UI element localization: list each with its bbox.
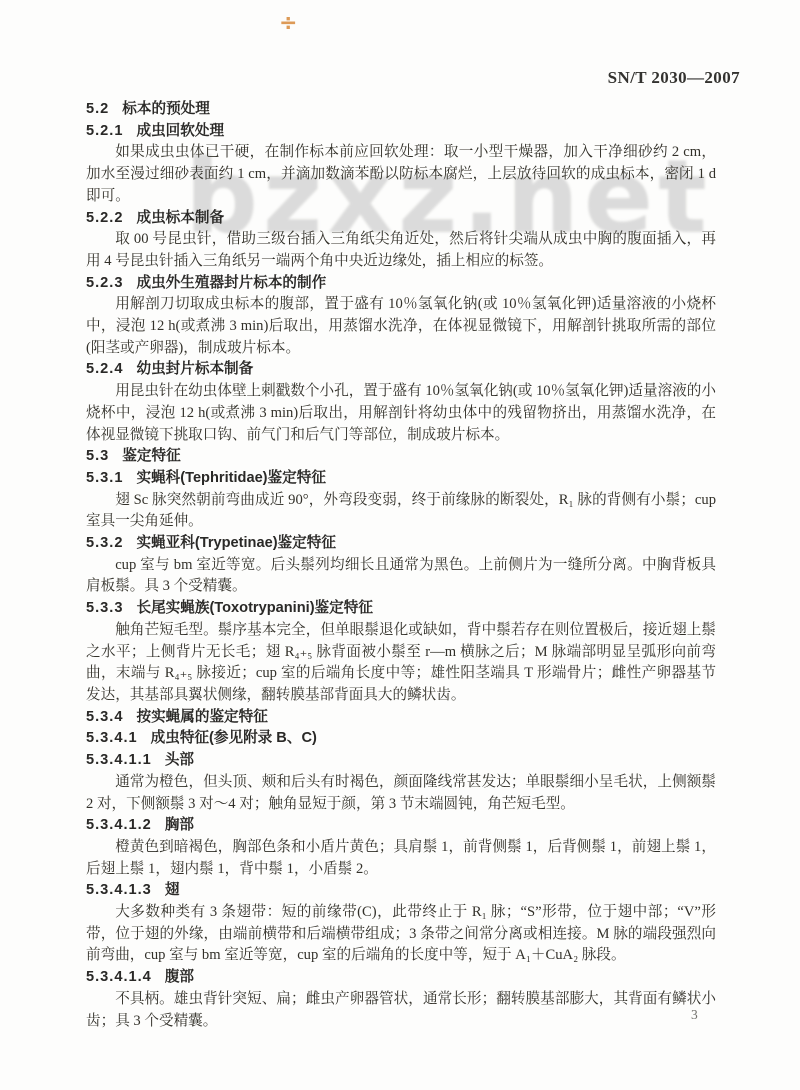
- section-number: 5.3.4.1.4: [86, 969, 152, 985]
- section-heading-5.3.4.1.3: 5.3.4.1.3翅: [86, 880, 716, 902]
- section-number: 5.3: [86, 448, 109, 464]
- section-heading-5.2.2: 5.2.2成虫标本制备: [86, 208, 716, 230]
- section-heading-5.3.4.1: 5.3.4.1成虫特征(参见附录 B、C): [86, 728, 716, 750]
- section-title: 长尾实蝇族(Toxotrypanini)鉴定特征: [136, 600, 372, 616]
- section-title: 实蝇科(Tephritidae)鉴定特征: [136, 470, 325, 486]
- section-title: 按实蝇属的鉴定特征: [136, 709, 267, 725]
- section-number: 5.2: [86, 101, 109, 117]
- section-number: 5.3.2: [86, 535, 123, 551]
- section-number: 5.3.4.1: [86, 730, 138, 746]
- section-number: 5.2.2: [86, 210, 123, 226]
- body-paragraph: 橙黄色到暗褐色，胸部色条和小盾片黄色；具肩鬃 1，前背侧鬃 1，后背侧鬃 1，前…: [86, 837, 716, 880]
- section-title: 成虫标本制备: [136, 210, 224, 226]
- standard-code-header: SN/T 2030—2007: [608, 68, 740, 88]
- section-heading-5.3.4.1.1: 5.3.4.1.1头部: [86, 750, 716, 772]
- document-content: 5.2标本的预处理5.2.1成虫回软处理如果成虫虫体已干硬，在制作标本前应回软处…: [86, 99, 716, 1032]
- body-paragraph: 不具柄。雄虫背针突短、扁；雌虫产卵器管状，通常长形；翻转膜基部膨大，其背面有鳞状…: [86, 989, 716, 1032]
- section-heading-5.3.1: 5.3.1实蝇科(Tephritidae)鉴定特征: [86, 468, 716, 490]
- section-title: 成虫特征(参见附录 B、C): [151, 730, 317, 746]
- section-heading-5.2: 5.2标本的预处理: [86, 99, 716, 121]
- section-number: 5.2.1: [86, 123, 123, 139]
- page-number: 3: [691, 1007, 698, 1023]
- section-title: 标本的预处理: [122, 101, 210, 117]
- section-heading-5.2.3: 5.2.3成虫外生殖器封片标本的制作: [86, 273, 716, 295]
- section-number: 5.2.3: [86, 275, 123, 291]
- section-heading-5.3.4.1.4: 5.3.4.1.4腹部: [86, 967, 716, 989]
- section-title: 鉴定特征: [122, 448, 180, 464]
- section-number: 5.3.3: [86, 600, 123, 616]
- section-heading-5.3.4.1.2: 5.3.4.1.2胸部: [86, 815, 716, 837]
- section-title: 成虫回软处理: [136, 123, 224, 139]
- section-title: 翅: [165, 882, 180, 898]
- section-heading-5.3: 5.3鉴定特征: [86, 446, 716, 468]
- body-paragraph: 通常为橙色，但头顶、颊和后头有时褐色，颜面隆线常甚发达；单眼鬃细小呈毛状，上侧额…: [86, 772, 716, 815]
- section-title: 实蝇亚科(Trypetinae)鉴定特征: [136, 535, 335, 551]
- section-number: 5.2.4: [86, 361, 123, 377]
- divider-mark-icon: ÷: [279, 11, 297, 36]
- section-heading-5.3.3: 5.3.3长尾实蝇族(Toxotrypanini)鉴定特征: [86, 598, 716, 620]
- body-paragraph: 如果成虫虫体已干硬，在制作标本前应回软处理：取一小型干燥器，加入干净细砂约 2 …: [86, 142, 716, 207]
- section-title: 头部: [165, 752, 194, 768]
- section-number: 5.3.4.1.2: [86, 817, 152, 833]
- section-number: 5.3.1: [86, 470, 123, 486]
- section-title: 胸部: [165, 817, 194, 833]
- section-heading-5.2.4: 5.2.4幼虫封片标本制备: [86, 359, 716, 381]
- body-paragraph: 用昆虫针在幼虫体壁上刺戳数个小孔，置于盛有 10％氢氧化钠(或 10％氢氧化钾)…: [86, 381, 716, 446]
- document-page: bzxz.net ÷ SN/T 2030—2007 5.2标本的预处理5.2.1…: [0, 0, 800, 1090]
- section-number: 5.3.4.1.3: [86, 882, 152, 898]
- section-number: 5.3.4.1.1: [86, 752, 152, 768]
- section-heading-5.3.4: 5.3.4按实蝇属的鉴定特征: [86, 707, 716, 729]
- body-paragraph: 大多数种类有 3 条翅带：短的前缘带(C)，此带终止于 R₁ 脉；“S”形带，位…: [86, 902, 716, 967]
- section-heading-5.3.2: 5.3.2实蝇亚科(Trypetinae)鉴定特征: [86, 533, 716, 555]
- body-paragraph: 触角芒短毛型。鬃序基本完全，但单眼鬃退化或缺如，背中鬃若存在则位置极后，接近翅上…: [86, 620, 716, 707]
- section-title: 腹部: [165, 969, 194, 985]
- section-heading-5.2.1: 5.2.1成虫回软处理: [86, 121, 716, 143]
- body-paragraph: cup 室与 bm 室近等宽。后头鬃列均细长且通常为黑色。上前侧片为一缝所分离。…: [86, 555, 716, 598]
- section-number: 5.3.4: [86, 709, 123, 725]
- body-paragraph: 取 00 号昆虫针，借助三级台插入三角纸尖角近处，然后将针尖端从成虫中胸的腹面插…: [86, 229, 716, 272]
- body-paragraph: 翅 Sc 脉突然朝前弯曲成近 90°，外弯段变弱，终于前缘脉的断裂处，R₁ 脉的…: [86, 490, 716, 533]
- section-title: 幼虫封片标本制备: [136, 361, 253, 377]
- body-paragraph: 用解剖刀切取成虫标本的腹部，置于盛有 10％氢氧化钠(或 10％氢氧化钾)适量溶…: [86, 294, 716, 359]
- section-title: 成虫外生殖器封片标本的制作: [136, 275, 326, 291]
